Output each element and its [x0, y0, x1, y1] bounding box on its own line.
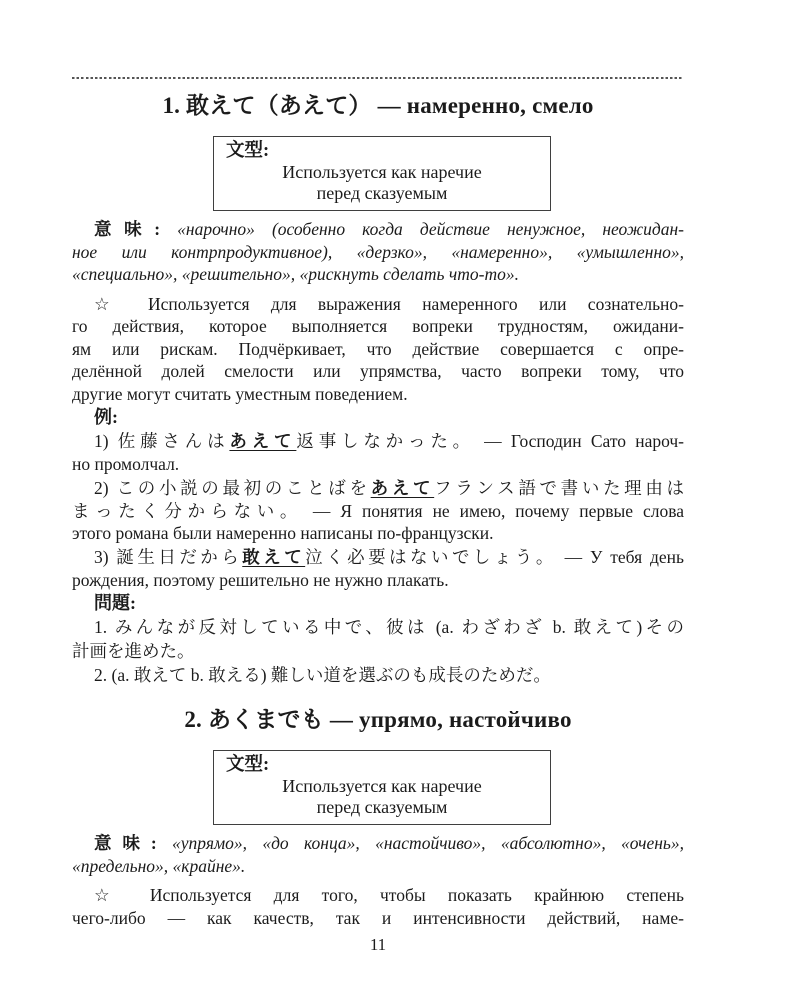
- example-jp-emphasis: 敢えて: [242, 547, 305, 567]
- pattern-box-line: перед сказуемым: [226, 797, 538, 818]
- section-1: 1. 敢えて（あえて） — намеренно, смело 文型: Испол…: [72, 91, 684, 687]
- meaning-paragraph-2: 意味: «упрямо», «до конца», «настойчиво», …: [72, 832, 684, 877]
- pattern-box-line: Используется как наречие: [226, 776, 538, 797]
- pattern-box-2: 文型: Используется как наречие перед сказу…: [213, 750, 551, 825]
- section-2-title: 2. あくまでも — упрямо, настойчиво: [72, 705, 684, 735]
- text-line: 計画を進めた。: [72, 639, 684, 663]
- text-line: чего-либо — как качеств, так и интенсивн…: [72, 907, 684, 930]
- question-item-2: 2. (a. 敢えて b. 敢える) 難しい道を選ぶのも成長のためだ。: [72, 663, 684, 687]
- text-line: ☆ Используется для того, чтобы показать …: [72, 884, 684, 907]
- text-line: 意味: «упрямо», «до конца», «настойчиво», …: [72, 832, 684, 855]
- example-jp-pre: 3) 誕生日だから: [94, 547, 242, 567]
- page-number: 11: [72, 935, 684, 955]
- example-jp-pre: 1) 佐藤さんは: [94, 431, 229, 451]
- book-page: 1. 敢えて（あえて） — намеренно, смело 文型: Испол…: [0, 0, 800, 1000]
- meaning-label: 意味:: [94, 833, 157, 853]
- text-line: «предельно», «крайне».: [72, 855, 684, 878]
- text-line: другие могут считать уместным поведением…: [72, 383, 684, 406]
- questions-label: 問題:: [72, 592, 684, 615]
- example-jp-emphasis: あえて: [229, 431, 296, 451]
- usage-paragraph-1: ☆ Используется для выражения намеренного…: [72, 293, 684, 406]
- text-line: ное или контрпродуктивное), «дерзко», «н…: [72, 241, 684, 264]
- examples-label: 例:: [72, 406, 684, 429]
- pattern-box-line: Используется как наречие: [226, 162, 538, 183]
- text-line: ☆ Используется для выражения намеренного…: [72, 293, 684, 316]
- example-jp-post: フランス語で書いた理由は: [434, 478, 684, 498]
- meaning-label: 意味:: [94, 219, 160, 239]
- pattern-box-line: перед сказуемым: [226, 183, 538, 204]
- text-line: делённой долей смелости или упрямства, ч…: [72, 360, 684, 383]
- text-line: рождения, поэтому решительно не нужно пл…: [72, 569, 684, 592]
- text-line: 2. (a. 敢えて b. 敢える) 難しい道を選ぶのも成長のためだ。: [72, 663, 684, 687]
- separator-rule: [72, 77, 684, 79]
- section-1-title: 1. 敢えて（あえて） — намеренно, смело: [72, 91, 684, 121]
- page-content: 1. 敢えて（あえて） — намеренно, смело 文型: Испол…: [72, 0, 684, 955]
- pattern-box-label: 文型:: [226, 141, 538, 162]
- text-line: 2) この小説の最初のことばをあえてフランス語で書いた理由は: [72, 476, 684, 500]
- text-line: «специально», «решительно», «рискнуть сд…: [72, 263, 684, 286]
- text-line: 3) 誕生日だから敢えて泣く必要はないでしょう。 — У тебя день: [72, 545, 684, 569]
- example-item-3: 3) 誕生日だから敢えて泣く必要はないでしょう。 — У тебя день р…: [72, 545, 684, 592]
- text-line: этого романа были намеренно написаны по-…: [72, 522, 684, 545]
- text-line: 1. みんなが反対している中で、彼は (a. わざわざ b. 敢えて)その: [72, 615, 684, 639]
- pattern-box-1: 文型: Используется как наречие перед сказу…: [213, 136, 551, 211]
- text-line: 1) 佐藤さんはあえて返事しなかった。 — Господин Сато наро…: [72, 429, 684, 453]
- pattern-box-label: 文型:: [226, 755, 538, 776]
- example-jp-pre: 2) この小説の最初のことばを: [94, 478, 371, 498]
- meaning-paragraph-1: 意味: «нарочно» (особенно когда действие н…: [72, 218, 684, 286]
- usage-paragraph-2: ☆ Используется для того, чтобы показать …: [72, 884, 684, 929]
- meaning-text: «нарочно» (особенно когда действие ненуж…: [160, 219, 684, 239]
- text-line: но промолчал.: [72, 453, 684, 476]
- example-item-1: 1) 佐藤さんはあえて返事しなかった。 — Господин Сато наро…: [72, 429, 684, 476]
- text-line: го действия, которое выполняется вопреки…: [72, 315, 684, 338]
- text-line: まったく分からない。 — Я понятия не имею, почему п…: [72, 500, 684, 523]
- text-line: 意味: «нарочно» (особенно когда действие н…: [72, 218, 684, 241]
- section-2: 2. あくまでも — упрямо, настойчиво 文型: Исполь…: [72, 705, 684, 929]
- example-item-2: 2) この小説の最初のことばをあえてフランス語で書いた理由は まったく分からない…: [72, 476, 684, 545]
- question-item-1: 1. みんなが反対している中で、彼は (a. わざわざ b. 敢えて)その 計画…: [72, 615, 684, 663]
- example-jp-post: 返事しなかった。 — Господин Сато нароч-: [296, 431, 684, 451]
- meaning-text: «упрямо», «до конца», «настойчиво», «абс…: [157, 833, 684, 853]
- example-jp-emphasis: あえて: [371, 478, 435, 498]
- text-line: ям или рискам. Подчёркивает, что действи…: [72, 338, 684, 361]
- example-jp-post: 泣く必要はないでしょう。 — У тебя день: [305, 547, 684, 567]
